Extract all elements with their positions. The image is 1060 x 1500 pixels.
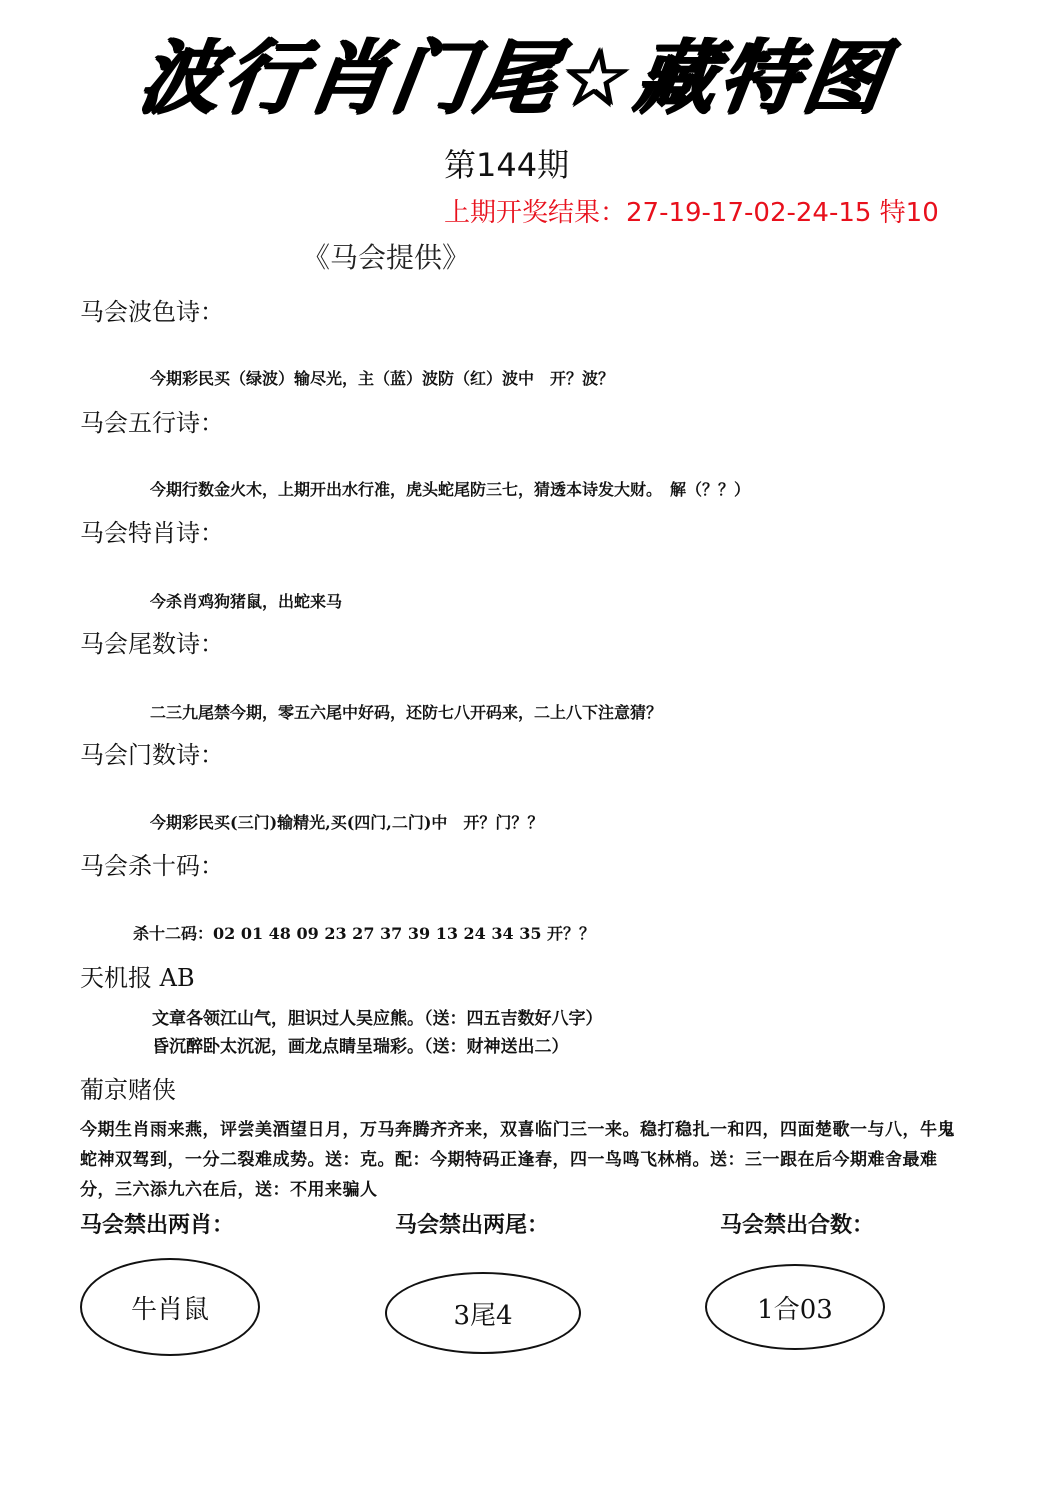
section-title-zodiac: 马会特肖诗： xyxy=(80,513,224,548)
poem-wave-color: 今期彩民买（绿波）输尽光，主（蓝）波防（红）波中 开？波？ xyxy=(150,366,614,389)
tianji-line-2: 昏沉醉卧太沉泥，画龙点睛呈瑞彩。（送：财神送出二） xyxy=(152,1032,569,1057)
ban-sum-oval: 1合03 xyxy=(705,1264,885,1350)
section-title-kill-ten: 马会杀十码： xyxy=(80,846,224,881)
section-title-wave-color: 马会波色诗： xyxy=(80,292,224,327)
issue-number: 第144期 xyxy=(444,140,569,186)
ban-sum-title: 马会禁出合数： xyxy=(720,1208,874,1239)
pujing-title: 葡京赌侠 xyxy=(80,1070,176,1105)
ban-zodiac-title: 马会禁出两肖： xyxy=(80,1208,234,1239)
banner-title: 波行肖门尾☆藏特图 xyxy=(133,28,887,128)
ban-tail-oval: 3尾4 xyxy=(385,1272,581,1354)
poem-door-number: 今期彩民买(三门)输精光,买(四门,二门)中 开？门？？ xyxy=(150,810,543,833)
poem-zodiac: 今杀肖鸡狗猪鼠，出蛇来马 xyxy=(150,589,342,612)
section-title-door-number: 马会门数诗： xyxy=(80,735,224,770)
provider-label: 《马会提供》 xyxy=(302,236,470,276)
pujing-text: 今期生肖雨来燕，评尝美酒望日月，万马奔腾齐齐来，双喜临门三一来。稳打稳扎一和四，… xyxy=(80,1115,960,1205)
kill-numbers-line: 杀十二码：02 01 48 09 23 27 37 39 13 24 34 35… xyxy=(133,921,595,944)
tianji-line-1: 文章各领江山气，胆识过人吴应熊。（送：四五吉数好八字） xyxy=(152,1004,603,1029)
ban-sum-value: 1合03 xyxy=(757,1289,833,1326)
ban-tail-title: 马会禁出两尾： xyxy=(395,1208,549,1239)
poem-five-elements: 今期行数金火木，上期开出水行准，虎头蛇尾防三七，猜透本诗发大财。 解（？？） xyxy=(150,477,750,500)
section-title-tail-number: 马会尾数诗： xyxy=(80,624,224,659)
ban-zodiac-value: 牛肖鼠 xyxy=(131,1289,209,1326)
tianji-title: 天机报 AB xyxy=(80,958,195,993)
section-title-five-elements: 马会五行诗： xyxy=(80,403,224,438)
ban-zodiac-oval: 牛肖鼠 xyxy=(80,1258,260,1356)
last-result: 上期开奖结果：27-19-17-02-24-15 特10 xyxy=(444,192,939,229)
poem-tail-number: 二三九尾禁今期，零五六尾中好码，还防七八开码来，二上八下注意猜？ xyxy=(150,700,662,723)
ban-tail-value: 3尾4 xyxy=(453,1295,512,1332)
